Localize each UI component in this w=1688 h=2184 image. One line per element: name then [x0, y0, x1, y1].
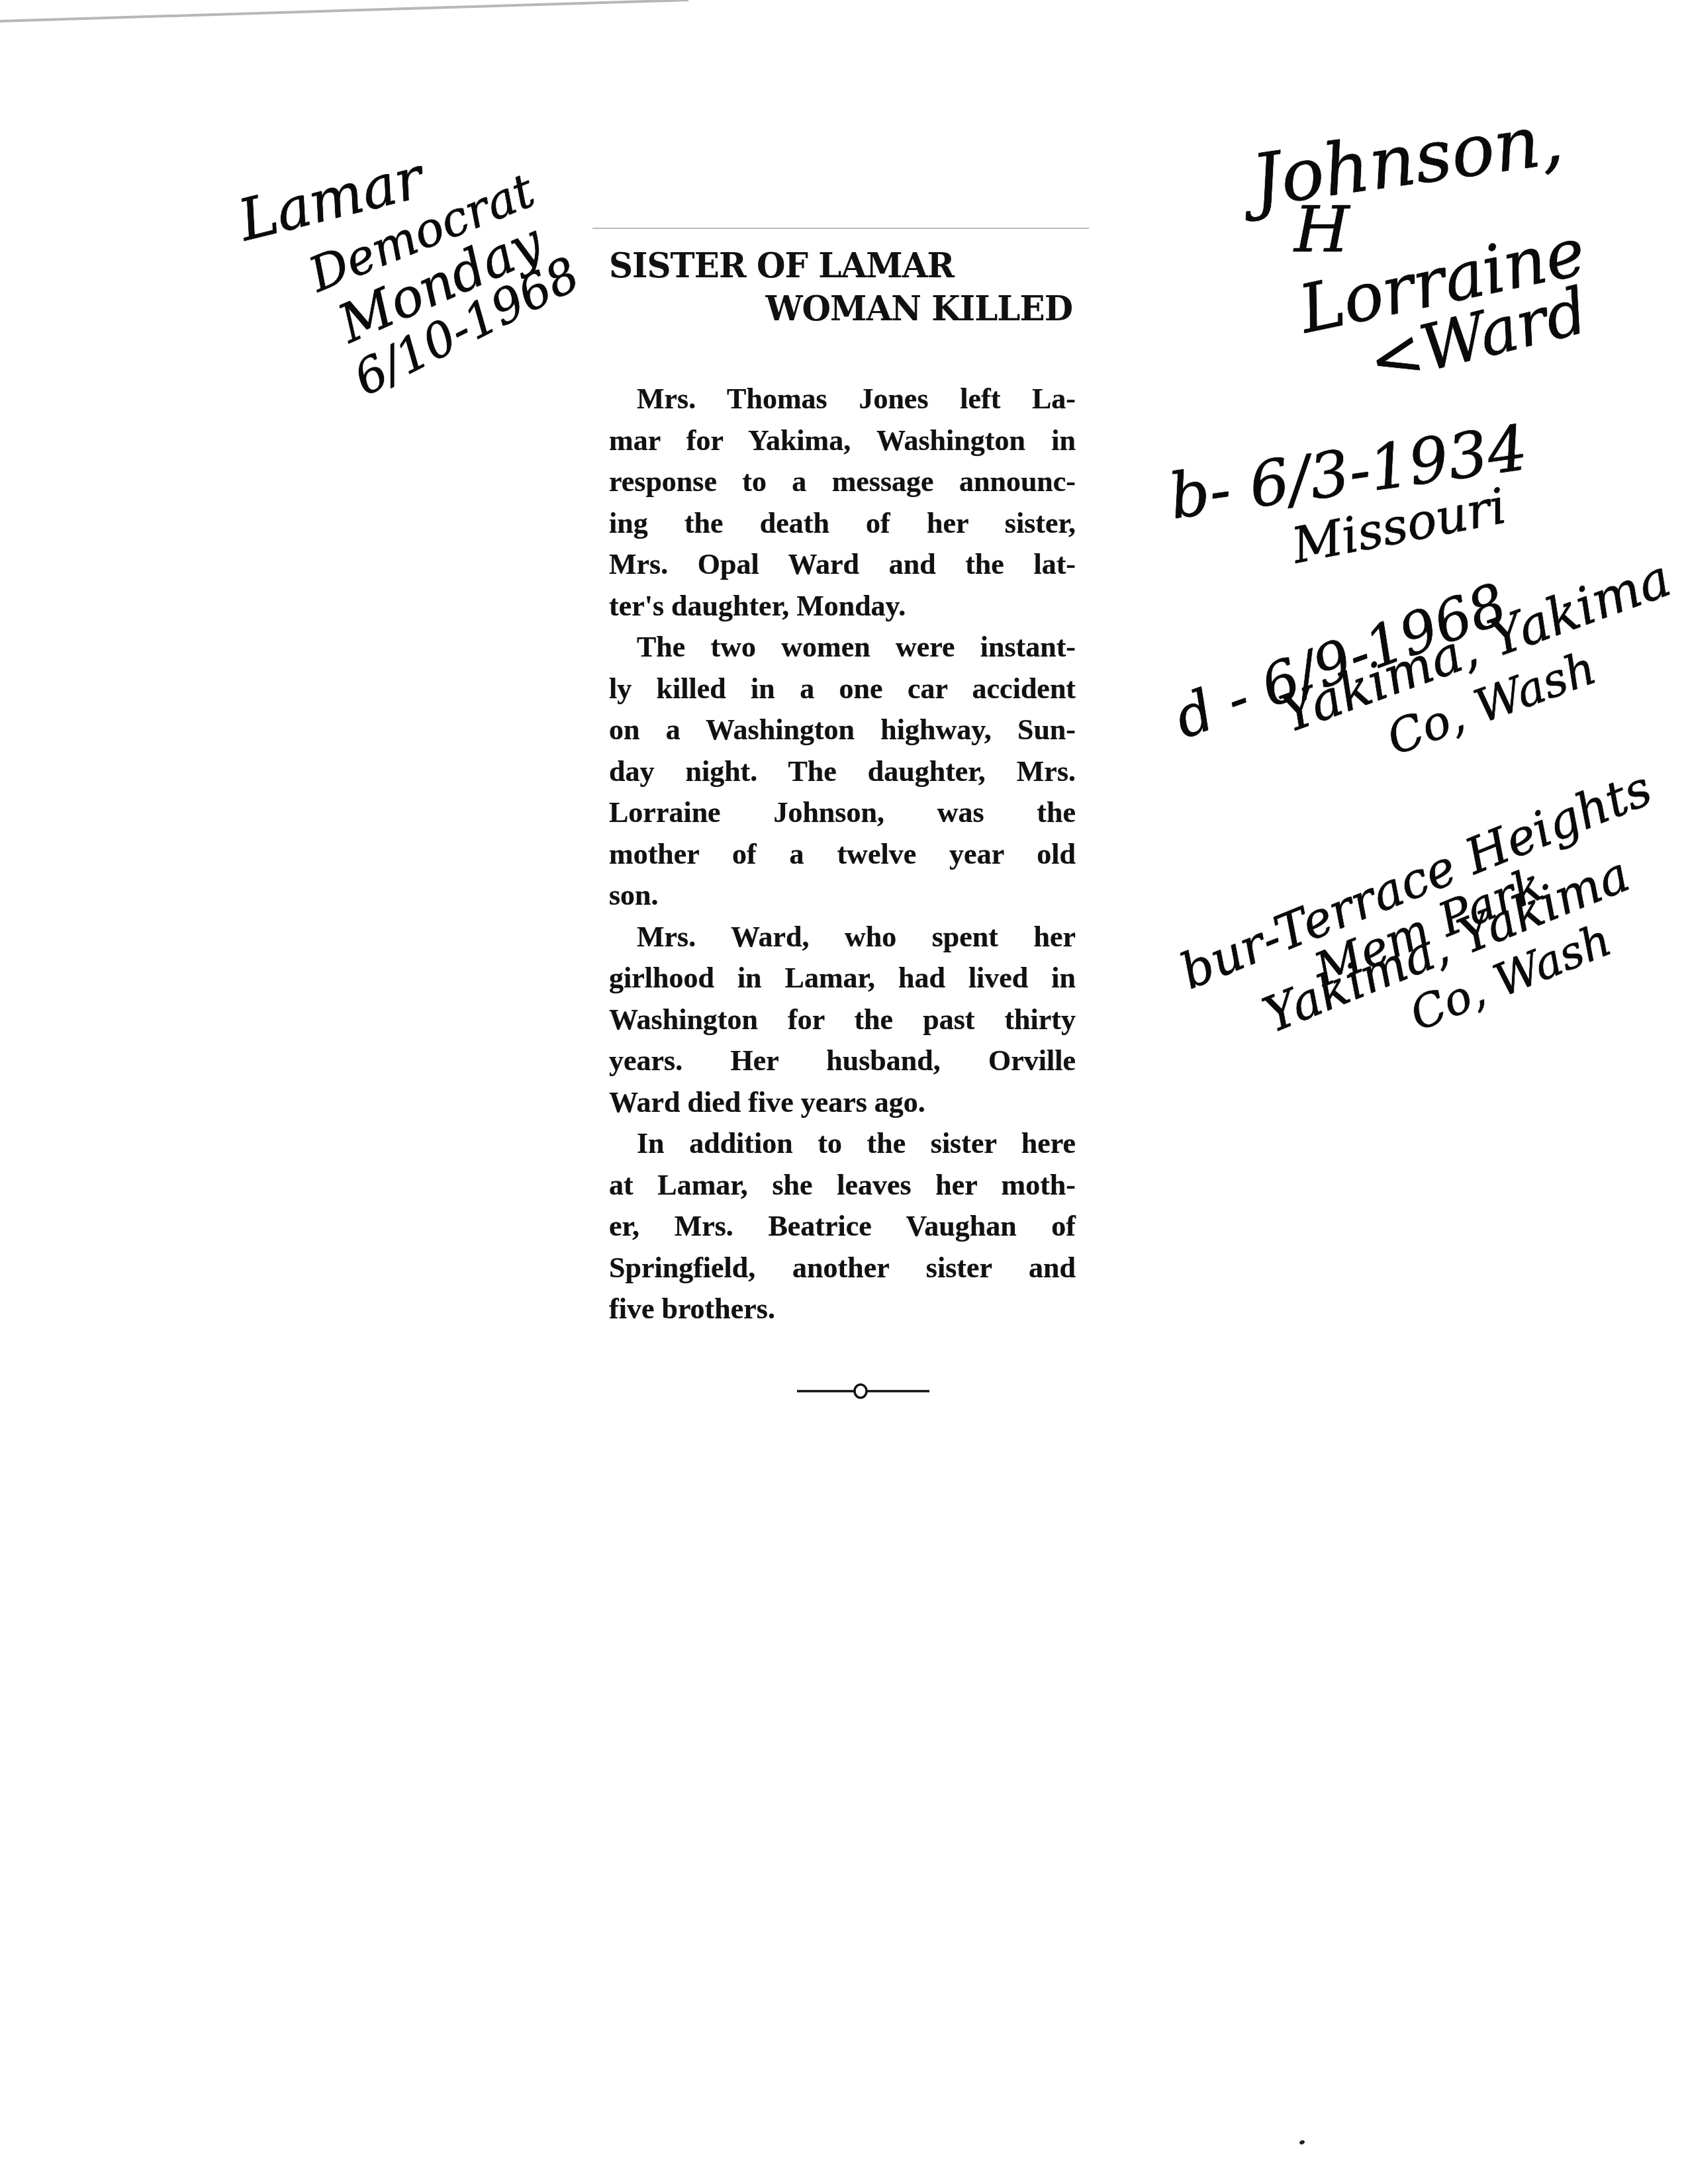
article-line: Mrs. Opal Ward and the lat-: [609, 544, 1076, 586]
article-line: In addition to the sister here: [609, 1123, 1076, 1165]
headline-line-1: SISTER OF LAMAR: [609, 244, 1072, 287]
ink-speck: [1299, 2140, 1305, 2146]
article-line: Washington for the past thirty: [609, 999, 1076, 1041]
scanned-page: SISTER OF LAMAR WOMAN KILLED Mrs. Thomas…: [0, 0, 1688, 2184]
article-line: five brothers.: [609, 1289, 1076, 1330]
handwritten-name-note: Johnson, H Lorraine <Ward: [1244, 122, 1589, 366]
article-line: son.: [609, 875, 1076, 917]
headline: SISTER OF LAMAR WOMAN KILLED: [609, 244, 1072, 330]
article-line: years. Her husband, Orville: [609, 1040, 1076, 1082]
end-of-article-ornament: [796, 1383, 931, 1399]
article-line: response to a message announc-: [609, 461, 1076, 503]
article-line: girlhood in Lamar, had lived in: [609, 958, 1076, 999]
handwritten-burial-note: bur-Terrace Heights Mem Park Yakima, Yak…: [1165, 781, 1667, 991]
clipping-top-rule: [592, 228, 1089, 229]
article-line: mar for Yakima, Washington in: [609, 420, 1076, 462]
article-line: Mrs. Thomas Jones left La-: [609, 379, 1076, 420]
handwritten-death-note: d - 6/9-1968 Yakima, Yakima Co, Wash: [1162, 589, 1681, 712]
headline-line-2: WOMAN KILLED: [731, 287, 1072, 330]
article-line: Ward died five years ago.: [609, 1082, 1076, 1124]
article-line: on a Washington highway, Sun-: [609, 709, 1076, 751]
article-line: Mrs. Ward, who spent her: [609, 917, 1076, 958]
article-line: ter's daughter, Monday.: [609, 586, 1076, 627]
article-line: ly killed in a one car accident: [609, 668, 1076, 710]
scan-edge-line: [0, 0, 1688, 40]
article-line: day night. The daughter, Mrs.: [609, 751, 1076, 793]
handwritten-birth-note: b- 6/3-1934 Missouri: [1168, 440, 1528, 547]
article-body: Mrs. Thomas Jones left La- mar for Yakim…: [609, 379, 1076, 1330]
article-line: mother of a twelve year old: [609, 834, 1076, 876]
article-line: at Lamar, she leaves her moth-: [609, 1165, 1076, 1206]
handwritten-source-note: Lamar Democrat Monday 6/10-1968: [228, 156, 588, 350]
article-line: The two women were instant-: [609, 627, 1076, 668]
article-line: ing the death of her sister,: [609, 503, 1076, 545]
article-line: Springfield, another sister and: [609, 1248, 1076, 1289]
article-line: Lorraine Johnson, was the: [609, 792, 1076, 834]
article-line: er, Mrs. Beatrice Vaughan of: [609, 1206, 1076, 1248]
handwritten-line: Johnson,: [1248, 99, 1593, 218]
